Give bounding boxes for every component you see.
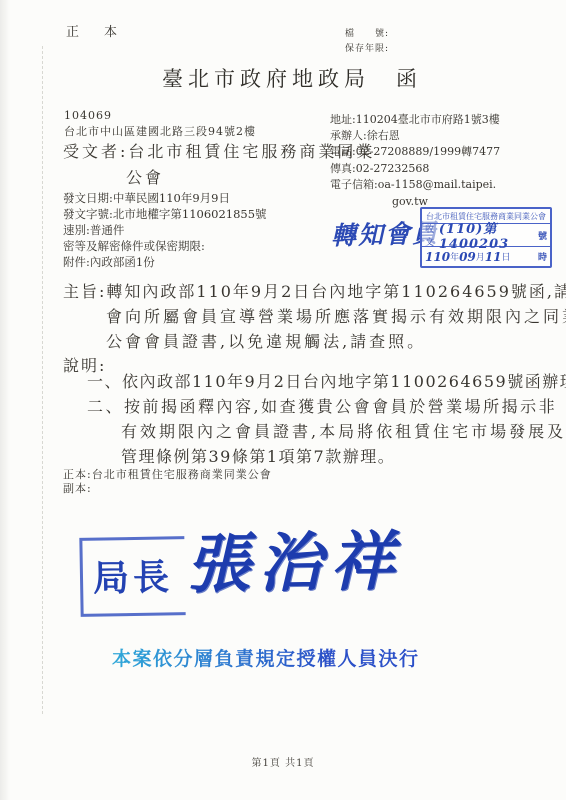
explanation-item2-line3: 管理條例第39條第1項第7款辦理。 <box>121 447 395 467</box>
authorization-stamp: 本案依分層負責規定授權人員決行 <box>112 644 420 671</box>
document-page: 正 本 檔 號: 保存年限: 臺北市政府地政局 函 104069 台北市中山區建… <box>0 0 566 800</box>
stamp-receive-number-row: 收文 (110)第1400203 號 <box>422 224 550 247</box>
attachment-note: 附件:內政部函1份 <box>63 255 155 269</box>
copy-type-label: 正 本 <box>66 25 123 41</box>
recipient-street: 台北市中山區建國北路三段94號2樓 <box>64 125 256 139</box>
stamp-year-label: 年 <box>450 250 459 263</box>
subject-line3: 公會會員證書,以免違規觸法,請查照。 <box>106 332 426 352</box>
recipient-line: 受文者:台北市租賃住宅服務商業同業 <box>63 142 375 162</box>
subject-line1: 主旨:轉知內政部110年9月2日台內地字第110264659號函,請貴 <box>63 282 566 302</box>
page-number: 第1頁 共1頁 <box>0 758 566 771</box>
delivery-speed: 速別:普通件 <box>63 223 124 237</box>
contact-phone: 電話:02-27208889/1999轉7477 <box>330 145 500 159</box>
explanation-item2-line1: 二、按前揭函釋內容,如查獲貴公會會員於營業場所揭示非 <box>87 397 557 417</box>
document-title: 臺北市政府地政局 函 <box>0 66 566 92</box>
recipient-line-continued: 公會 <box>126 168 164 188</box>
retention-period-label: 保存年限: <box>345 44 389 55</box>
receiving-stamp: 台北市租賃住宅服務商業同業公會 收文 (110)第1400203 號 110 年… <box>420 207 552 268</box>
stamp-day-label: 日 <box>502 250 511 263</box>
security-classification: 密等及解密條件或保密期限: <box>63 239 205 253</box>
contact-fax: 傳真:02-27232568 <box>330 162 429 176</box>
explanation-item1: 一、依內政部110年9月2日台內地字第1100264659號函辦理。 <box>87 372 566 392</box>
stamp-day: 11 <box>485 250 502 264</box>
subject-line2: 會向所屬會員宣導營業場所應落實揭示有效期限內之同業 <box>106 307 566 327</box>
signature-title-stamp: 局長 <box>79 536 185 617</box>
stamp-receive-label: 收文 <box>425 222 439 248</box>
contact-address: 地址:110204臺北市市府路1號3樓 <box>330 113 500 127</box>
stamp-year: 110 <box>425 250 450 264</box>
contact-officer: 承辦人:徐右恩 <box>330 129 400 143</box>
stamp-hour-label: 時 <box>538 250 547 263</box>
explanation-item2-line2: 有效期限內之會員證書,本局將依租賃住宅市場發展及 <box>121 422 566 442</box>
contact-email-line1: 電子信箱:oa-1158@mail.taipei. <box>330 178 496 192</box>
recipient-zip: 104069 <box>64 109 112 123</box>
scan-artifact-line <box>42 46 43 714</box>
distribution-copy: 副本: <box>63 482 92 496</box>
distribution-original: 正本:台北市租賃住宅服務商業同業公會 <box>63 468 272 482</box>
stamp-month: 09 <box>459 250 476 264</box>
file-number-label: 檔 號: <box>345 29 389 40</box>
scan-edge-shade <box>0 0 10 800</box>
signature-name-stamp: 張治祥 <box>185 510 403 606</box>
issue-date: 發文日期:中華民國110年9月9日 <box>63 191 230 205</box>
stamp-receive-number: (110)第1400203 <box>439 218 538 252</box>
document-number: 發文字號:北市地權字第1106021855號 <box>63 207 267 221</box>
stamp-number-suffix: 號 <box>538 229 547 242</box>
stamp-month-label: 月 <box>476 250 485 263</box>
